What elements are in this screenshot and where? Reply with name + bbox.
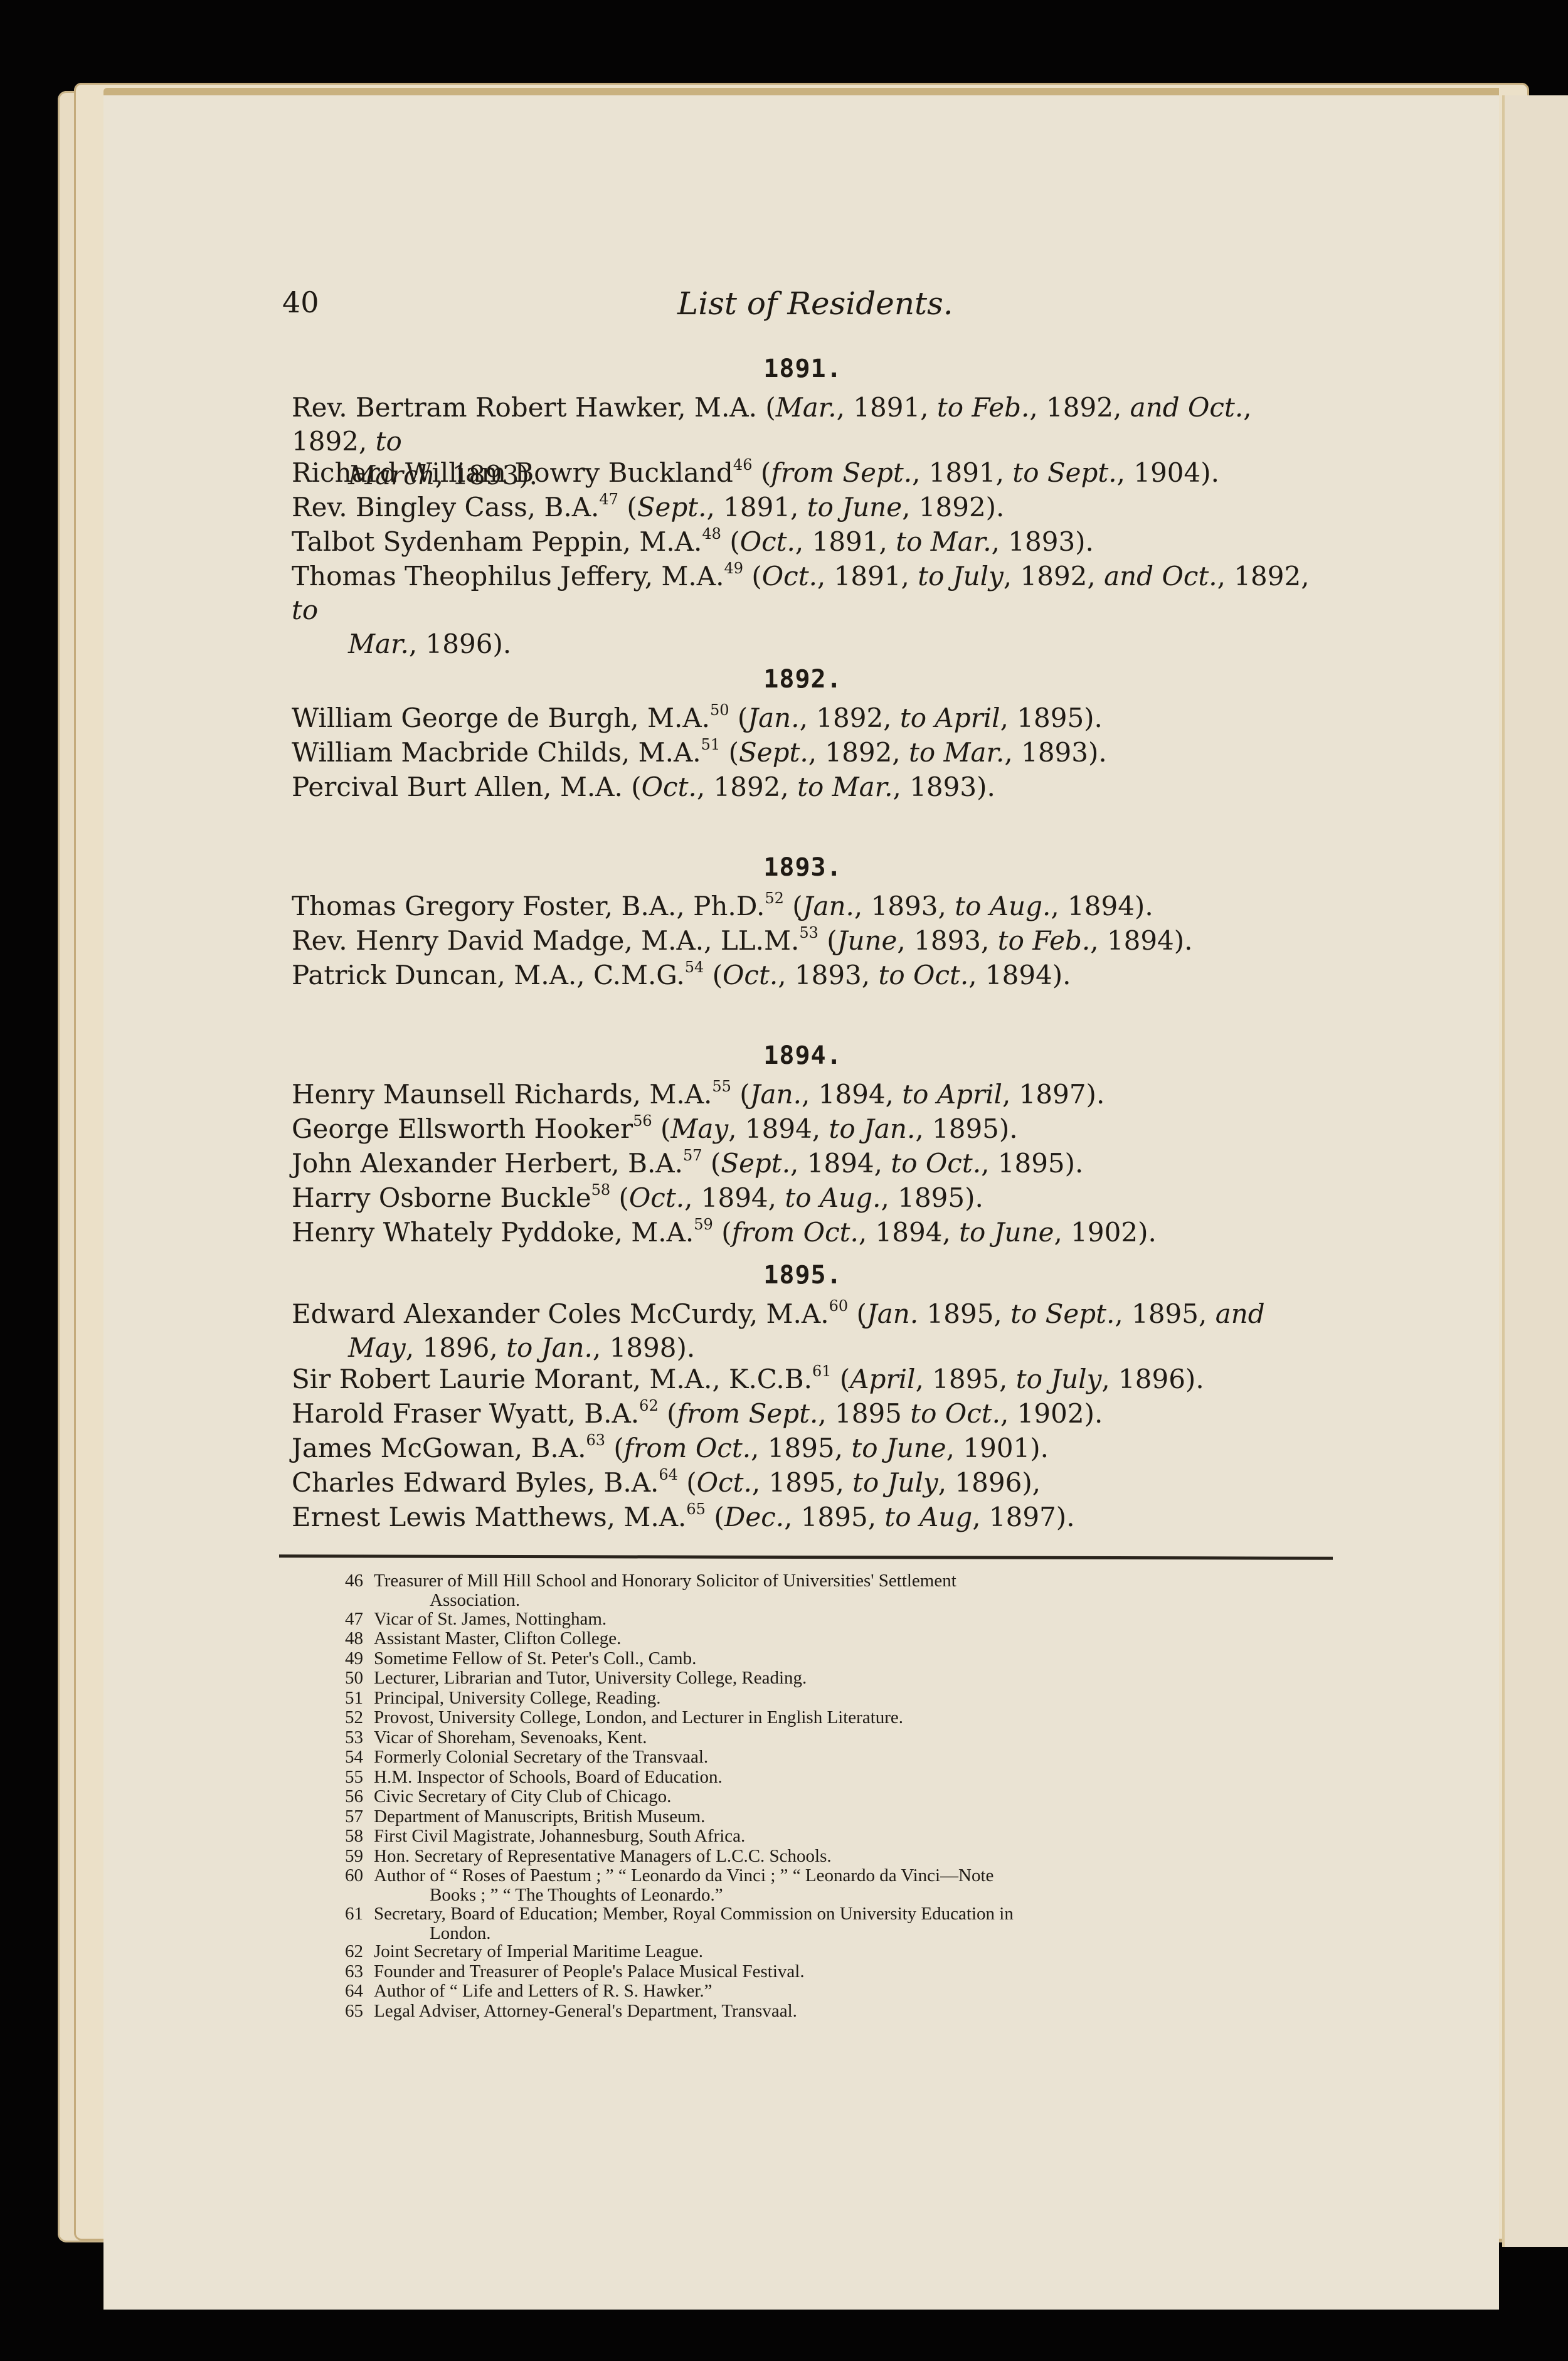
page-content: 40 List of Residents. 1891.Rev. Bertram …	[0, 0, 1568, 2361]
footnote-number: 50	[345, 1669, 374, 1688]
resident-entry: Harold Fraser Wyatt, B.A.62 (from Sept.,…	[292, 1397, 1327, 1431]
resident-entry: Harry Osborne Buckle58 (Oct., 1894, to A…	[292, 1181, 1327, 1215]
footnote-number: 59	[345, 1847, 374, 1866]
footnote-text: Secretary, Board of Education; Member, R…	[374, 1904, 1014, 1924]
footnote-number: 53	[345, 1728, 374, 1748]
footnote-text: Vicar of Shoreham, Sevenoaks, Kent.	[374, 1727, 647, 1748]
footnote-text: Author of “ Roses of Paestum ; ” “ Leona…	[374, 1865, 993, 1886]
residence-dates: (from Oct., 1894, to June, 1902).	[721, 1217, 1157, 1248]
footnote: 60Author of “ Roses of Paestum ; ” “ Leo…	[345, 1866, 1336, 1905]
footnote-text: Principal, University College, Reading.	[374, 1688, 660, 1708]
resident-entry: Henry Whately Pyddoke, M.A.59 (from Oct.…	[292, 1216, 1327, 1249]
footnote-number: 48	[345, 1629, 374, 1648]
year-heading: 1894.	[0, 1041, 1568, 1070]
resident-entry: Talbot Sydenham Peppin, M.A.48 (Oct., 18…	[292, 525, 1327, 559]
footnote-number: 60	[345, 1866, 374, 1886]
footnote: 56Civic Secretary of City Club of Chicag…	[345, 1787, 1336, 1807]
residence-dates: (Jan. 1895, to Sept., 1895, and	[857, 1298, 1265, 1329]
footnote-ref: 58	[591, 1181, 611, 1199]
residence-dates-continued: May, 1896, to Jan., 1898).	[292, 1331, 1327, 1365]
resident-entry: Thomas Theophilus Jeffery, M.A.49 (Oct.,…	[292, 560, 1327, 661]
footnote-ref: 63	[586, 1431, 605, 1449]
residence-dates: (June, 1893, to Feb., 1894).	[827, 925, 1192, 956]
footnote-ref: 64	[659, 1466, 678, 1483]
footnote: 65Legal Adviser, Attorney-General's Depa…	[345, 2002, 1336, 2021]
footnote-number: 62	[345, 1942, 374, 1961]
resident-entry: Rev. Bingley Cass, B.A.47 (Sept., 1891, …	[292, 491, 1327, 524]
footnote-rule	[279, 1554, 1333, 1560]
footnote-text: Joint Secretary of Imperial Maritime Lea…	[374, 1941, 703, 1961]
resident-name: Henry Whately Pyddoke, M.A.	[292, 1217, 694, 1248]
resident-entry: James McGowan, B.A.63 (from Oct., 1895, …	[292, 1431, 1327, 1465]
footnote-text: Vicar of St. James, Nottingham.	[374, 1609, 607, 1629]
residence-dates-continued: Mar., 1896).	[292, 627, 1327, 661]
footnote: 53Vicar of Shoreham, Sevenoaks, Kent.	[345, 1728, 1336, 1748]
footnote-text: Provost, University College, London, and…	[374, 1707, 903, 1727]
resident-entry: Rev. Henry David Madge, M.A., LL.M.53 (J…	[292, 924, 1327, 958]
footnote: 61Secretary, Board of Education; Member,…	[345, 1904, 1336, 1943]
footnote-text: Assistant Master, Clifton College.	[374, 1628, 621, 1648]
resident-name: Harold Fraser Wyatt, B.A.	[292, 1398, 639, 1429]
residence-dates: (Oct., 1895, to July, 1896),	[686, 1467, 1041, 1498]
resident-name: Richard William Bowry Buckland	[292, 457, 733, 488]
resident-name: William George de Burgh, M.A.	[292, 703, 710, 733]
residence-dates: (Jan., 1892, to April, 1895).	[738, 703, 1103, 733]
resident-entry: George Ellsworth Hooker56 (May, 1894, to…	[292, 1112, 1327, 1146]
footnote-text: Hon. Secretary of Representative Manager…	[374, 1846, 832, 1866]
resident-entry: Edward Alexander Coles McCurdy, M.A.60 (…	[292, 1297, 1327, 1365]
footnote-ref: 48	[702, 525, 721, 543]
resident-name: Percival Burt Allen, M.A.	[292, 772, 623, 802]
footnote: 59Hon. Secretary of Representative Manag…	[345, 1847, 1336, 1866]
page-number: 40	[282, 285, 319, 319]
resident-name: Talbot Sydenham Peppin, M.A.	[292, 526, 702, 557]
footnote-ref: 61	[812, 1362, 832, 1380]
footnote-number: 64	[345, 1982, 374, 2001]
footnote-text: Author of “ Life and Letters of R. S. Ha…	[374, 1981, 712, 2001]
resident-entry: Thomas Gregory Foster, B.A., Ph.D.52 (Ja…	[292, 889, 1327, 923]
residence-dates: (from Oct., 1895, to June, 1901).	[613, 1433, 1049, 1463]
footnote: 49Sometime Fellow of St. Peter's Coll., …	[345, 1649, 1336, 1669]
footnote-text: Legal Adviser, Attorney-General's Depart…	[374, 2001, 797, 2021]
footnote: 58First Civil Magistrate, Johannesburg, …	[345, 1827, 1336, 1846]
residence-dates: (Jan., 1894, to April, 1897).	[739, 1079, 1104, 1110]
residence-dates: (Sept., 1891, to June, 1892).	[627, 492, 1004, 523]
residence-dates: (Oct., 1891, to Mar., 1893).	[729, 526, 1094, 557]
resident-name: Rev. Bingley Cass, B.A.	[292, 492, 599, 523]
footnote: 47Vicar of St. James, Nottingham.	[345, 1610, 1336, 1629]
footnote-ref: 47	[599, 491, 618, 508]
footnote-number: 51	[345, 1689, 374, 1708]
footnote-number: 57	[345, 1807, 374, 1827]
footnote-text: Lecturer, Librarian and Tutor, Universit…	[374, 1668, 807, 1688]
footnote: 57Department of Manuscripts, British Mus…	[345, 1807, 1336, 1827]
resident-entry: Henry Maunsell Richards, M.A.55 (Jan., 1…	[292, 1078, 1327, 1112]
footnote-number: 58	[345, 1827, 374, 1846]
resident-name: John Alexander Herbert, B.A.	[292, 1148, 683, 1179]
resident-entry: Patrick Duncan, M.A., C.M.G.54 (Oct., 18…	[292, 958, 1327, 992]
footnote-ref: 49	[724, 560, 743, 577]
footnote: 55H.M. Inspector of Schools, Board of Ed…	[345, 1768, 1336, 1787]
residence-dates: (Sept., 1892, to Mar., 1893).	[729, 737, 1107, 768]
year-heading: 1895.	[0, 1261, 1568, 1290]
resident-name: Charles Edward Byles, B.A.	[292, 1467, 659, 1498]
footnote-ref: 62	[639, 1397, 659, 1414]
resident-name: William Macbride Childs, M.A.	[292, 737, 701, 768]
resident-entry: William Macbride Childs, M.A.51 (Sept., …	[292, 736, 1327, 770]
footnote-number: 52	[345, 1708, 374, 1727]
residence-dates: (May, 1894, to Jan., 1895).	[660, 1113, 1018, 1144]
footnote-ref: 54	[685, 958, 704, 976]
resident-entry: Charles Edward Byles, B.A.64 (Oct., 1895…	[292, 1466, 1327, 1500]
year-heading: 1893.	[0, 853, 1568, 882]
footnote-number: 46	[345, 1571, 374, 1591]
footnote-number: 47	[345, 1610, 374, 1629]
resident-name: Ernest Lewis Matthews, M.A.	[292, 1502, 686, 1532]
footnote: 62Joint Secretary of Imperial Maritime L…	[345, 1942, 1336, 1961]
footnote-ref: 55	[712, 1078, 731, 1095]
footnote: 64Author of “ Life and Letters of R. S. …	[345, 1982, 1336, 2001]
footnote: 48Assistant Master, Clifton College.	[345, 1629, 1336, 1648]
footnote-text: First Civil Magistrate, Johannesburg, So…	[374, 1826, 745, 1846]
footnote-text-continued: London.	[345, 1924, 1336, 1943]
resident-name: Edward Alexander Coles McCurdy, M.A.	[292, 1298, 829, 1329]
residence-dates: (Sept., 1894, to Oct., 1895).	[711, 1148, 1083, 1179]
footnote-number: 65	[345, 2002, 374, 2021]
footnote-number: 55	[345, 1768, 374, 1787]
footnote-ref: 50	[710, 701, 729, 719]
residence-dates: (from Sept., 1895 to Oct., 1902).	[667, 1398, 1103, 1429]
footnote-number: 56	[345, 1787, 374, 1807]
residence-dates: (Oct., 1894, to Aug., 1895).	[618, 1182, 983, 1213]
footnote-text: Founder and Treasurer of People's Palace…	[374, 1961, 805, 1982]
resident-name: Thomas Gregory Foster, B.A., Ph.D.	[292, 891, 765, 921]
footnote: 52Provost, University College, London, a…	[345, 1708, 1336, 1727]
footnote: 54Formerly Colonial Secretary of the Tra…	[345, 1748, 1336, 1767]
running-header: 40 List of Residents.	[276, 285, 1342, 329]
footnote: 51Principal, University College, Reading…	[345, 1689, 1336, 1708]
resident-name: Patrick Duncan, M.A., C.M.G.	[292, 960, 685, 990]
footnote-ref: 52	[765, 889, 784, 907]
footnote-text-continued: Books ; ” “ The Thoughts of Leonardo.”	[345, 1886, 1336, 1905]
footnote-number: 54	[345, 1748, 374, 1767]
footnote-ref: 59	[694, 1216, 713, 1233]
residence-dates: (Oct., 1892, to Mar., 1893).	[631, 772, 995, 802]
footnote-number: 49	[345, 1649, 374, 1669]
resident-entry: Richard William Bowry Buckland46 (from S…	[292, 456, 1327, 490]
residence-dates: (Jan., 1893, to Aug., 1894).	[792, 891, 1153, 921]
footnote-text: Sometime Fellow of St. Peter's Coll., Ca…	[374, 1648, 696, 1669]
resident-name: Sir Robert Laurie Morant, M.A., K.C.B.	[292, 1364, 812, 1394]
resident-entry: John Alexander Herbert, B.A.57 (Sept., 1…	[292, 1147, 1327, 1180]
resident-name: James McGowan, B.A.	[292, 1433, 586, 1463]
footnote-text: Civic Secretary of City Club of Chicago.	[374, 1786, 671, 1807]
footnote-text: Formerly Colonial Secretary of the Trans…	[374, 1747, 708, 1767]
footnote-ref: 65	[686, 1500, 706, 1518]
footnote-text: H.M. Inspector of Schools, Board of Educ…	[374, 1767, 723, 1787]
footnote-ref: 56	[633, 1112, 652, 1130]
residence-dates: (Oct., 1893, to Oct., 1894).	[712, 960, 1071, 990]
resident-entry: Ernest Lewis Matthews, M.A.65 (Dec., 189…	[292, 1500, 1327, 1534]
running-title: List of Residents.	[677, 285, 953, 322]
footnote-number: 63	[345, 1962, 374, 1982]
resident-name: Rev. Henry David Madge, M.A., LL.M.	[292, 925, 799, 956]
resident-entry: Percival Burt Allen, M.A. (Oct., 1892, t…	[292, 770, 1327, 804]
residence-dates: (from Sept., 1891, to Sept., 1904).	[761, 457, 1219, 488]
footnote-text: Department of Manuscripts, British Museu…	[374, 1807, 705, 1827]
resident-name: Harry Osborne Buckle	[292, 1182, 591, 1213]
resident-entry: William George de Burgh, M.A.50 (Jan., 1…	[292, 701, 1327, 735]
footnote-ref: 57	[683, 1147, 702, 1164]
footnote: 63Founder and Treasurer of People's Pala…	[345, 1962, 1336, 1982]
footnote-ref: 51	[701, 736, 721, 753]
year-heading: 1892.	[0, 665, 1568, 694]
year-heading: 1891.	[0, 354, 1568, 383]
footnote-text: Treasurer of Mill Hill School and Honora…	[374, 1571, 956, 1591]
footnote: 50Lecturer, Librarian and Tutor, Univers…	[345, 1669, 1336, 1688]
footnote: 46Treasurer of Mill Hill School and Hono…	[345, 1571, 1336, 1610]
footnote-ref: 60	[829, 1297, 849, 1315]
resident-entry: Sir Robert Laurie Morant, M.A., K.C.B.61…	[292, 1362, 1327, 1396]
resident-name: Henry Maunsell Richards, M.A.	[292, 1079, 712, 1110]
resident-name: Rev. Bertram Robert Hawker, M.A.	[292, 392, 757, 423]
footnote-number: 61	[345, 1904, 374, 1924]
resident-name: George Ellsworth Hooker	[292, 1113, 633, 1144]
footnote-text-continued: Association.	[345, 1591, 1336, 1610]
footnote-ref: 46	[733, 456, 753, 474]
residence-dates: (April, 1895, to July, 1896).	[840, 1364, 1204, 1394]
footnote-ref: 53	[799, 924, 818, 942]
residence-dates: (Dec., 1895, to Aug, 1897).	[714, 1502, 1074, 1532]
resident-name: Thomas Theophilus Jeffery, M.A.	[292, 561, 724, 592]
